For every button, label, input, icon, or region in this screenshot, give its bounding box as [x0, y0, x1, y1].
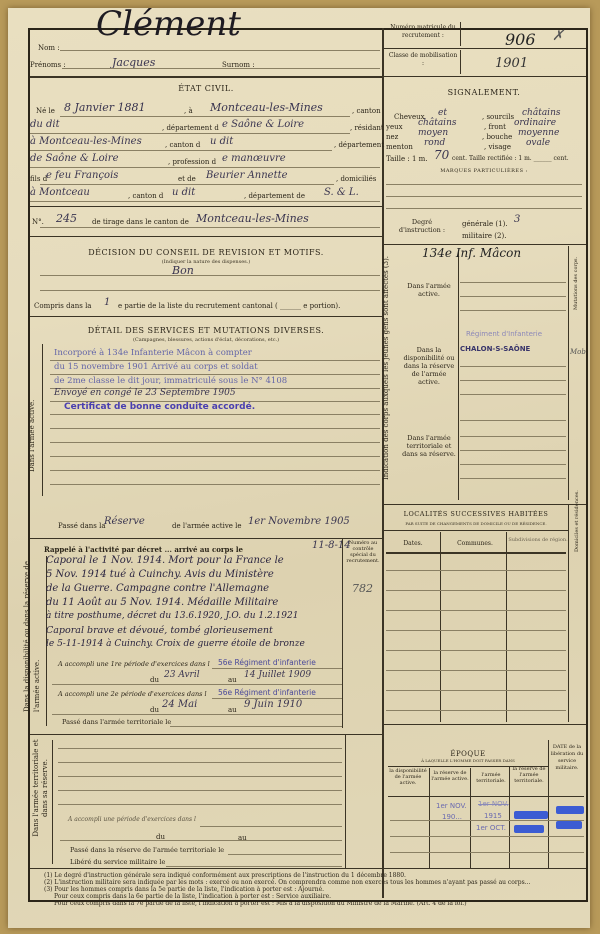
corps-active-rule-1	[460, 282, 566, 283]
mere-label: et de	[178, 175, 196, 183]
yeux-value: châtains	[418, 118, 456, 128]
periode2-stamp: 56e Régiment d'infanterie	[218, 688, 316, 697]
decision-title: DÉCISION DU CONSEIL DE REVISION ET MOTIF…	[30, 248, 382, 257]
corps-reserve-label: Dans la disponibilité ou dans la réserve…	[400, 346, 458, 386]
localites-side-label: Domiciles et résidences.	[574, 490, 580, 552]
rappel-side-label: Dans la disponibilité ou dans la réserve…	[22, 552, 42, 712]
fils-line	[40, 184, 334, 185]
reserve-active-value-1: 1er NOV.	[436, 802, 467, 810]
territoriale-side-label: Dans l'armée territoriale et dans sa rés…	[32, 738, 50, 838]
departement2-label: , département	[334, 141, 384, 149]
tirage-prefix: N°.	[32, 218, 44, 226]
localites-col-subdivisions: Subdivisions de région.	[508, 536, 568, 544]
localites-rule-4	[386, 630, 566, 631]
epoque-col-territoriale: l'armée territoriale.	[472, 772, 510, 784]
reserve-stamp-1: Régiment d'Infanterie	[466, 330, 542, 338]
periode2-au: 9 Juin 1910	[244, 699, 302, 710]
services-rule-8	[50, 456, 380, 457]
fils-label: fils d	[30, 175, 47, 183]
visage-value: ovale	[526, 138, 550, 148]
footnote-2: (2) L'instruction militaire sera indiqué…	[44, 879, 530, 886]
periode1-du-label: du	[150, 676, 159, 684]
decision-subtitle: (Indiquer la nature des dispenses.)	[30, 259, 382, 265]
redaction-mark-4	[556, 821, 582, 829]
yeux-label: yeux	[386, 123, 403, 131]
nom-value: Clément	[96, 4, 241, 44]
localites-rule-1	[386, 570, 566, 571]
rappel-line-5: à titre posthume, décret du 13.6.1920, J…	[46, 611, 298, 621]
periode1-au: 14 Juillet 1909	[244, 670, 311, 680]
instruction-label: Degré d'instruction :	[392, 218, 452, 234]
profession-label: , profession d	[168, 158, 216, 166]
territoriale-passe-line	[170, 726, 342, 727]
classe-divider	[460, 50, 461, 74]
localites-subtitle: PAR SUITE DE CHANGEMENTS DE DOMICILE OU …	[384, 521, 568, 526]
rappel-header: Rappelé à l'activité par décret ... arri…	[44, 545, 243, 554]
localites-col-communes: Communes.	[442, 540, 508, 548]
periode2-rule	[52, 714, 342, 715]
footnote-1: (1) Le degré d'instruction générale sera…	[44, 872, 406, 879]
periode1-rule	[52, 684, 342, 685]
corps-active-label: Dans l'armée active.	[400, 282, 458, 298]
rappel-right-divider	[342, 568, 343, 728]
epoque-col-header-rule	[388, 796, 584, 797]
canton3-label: , canton d	[128, 192, 163, 200]
classe-value: 1901	[495, 56, 528, 71]
generale-label: générale (1).	[462, 220, 508, 228]
periode2-du: 24 Mai	[162, 699, 197, 710]
passe-mid: de l'armée active le	[172, 522, 242, 530]
libere-line	[166, 866, 342, 867]
nez-label: nez	[386, 133, 398, 141]
canton-line	[30, 133, 350, 134]
nom-label: Nom :	[38, 44, 60, 52]
services-line-3: de 2me classe le dit jour, immatriculé s…	[54, 376, 287, 386]
numero-value: 782	[352, 582, 373, 595]
domicile-line	[30, 201, 380, 202]
profession-value: e manœuvre	[222, 153, 286, 164]
epoque-col-divider-2	[470, 768, 471, 868]
localites-rule-8	[386, 710, 566, 711]
territoriale-value-3: 1er OCT.	[476, 824, 506, 832]
periode1-au-label: au	[228, 676, 237, 684]
redaction-mark-3	[556, 806, 584, 814]
localites-rule-6	[386, 670, 566, 671]
territoriale-passe-label: Passé dans l'armée territoriale le	[62, 718, 171, 726]
domicile-value: à Montceau	[30, 187, 90, 198]
passe-label: Passé dans la	[58, 522, 106, 530]
militaire-label: militaire (2).	[462, 232, 506, 240]
services-rule-7	[50, 442, 380, 443]
visage-label: , visage	[484, 143, 511, 151]
departement-value: e Saône & Loire	[222, 119, 304, 130]
localites-right-divider	[568, 504, 569, 722]
epoque-col-reserve-territoriale: la réserve de l'armée territoriale.	[510, 766, 548, 784]
corps-reserve-rule-1	[460, 366, 566, 367]
compris-suffix: e partie de la liste du recrutement cant…	[118, 302, 340, 310]
localites-rule-2	[386, 590, 566, 591]
numero-label: Numéro au contrôle spécial du recrutemen…	[344, 540, 382, 564]
services-rule-6	[50, 428, 380, 429]
services-rule-9	[50, 470, 380, 471]
corps-territoriale-label: Dans l'armée territoriale et dans sa rés…	[400, 434, 458, 458]
periode1-stamp: 56e Régiment d'infanterie	[218, 658, 316, 667]
rappel-line-4: du 11 Août au 5 Nov. 1914. Médaille Mili…	[46, 597, 278, 608]
side-label-active: Dans l'armée active.	[28, 400, 36, 472]
canton-label: , canton	[352, 107, 381, 115]
services-line-2: du 15 novembre 1901 Arrivé au corps et s…	[54, 362, 258, 372]
front-label: , front	[484, 123, 506, 131]
localites-header-rule	[384, 530, 568, 531]
departement3-label: , département de	[244, 192, 305, 200]
signalement-divider	[384, 244, 586, 245]
redaction-mark-2	[514, 825, 544, 833]
tirage-value: 245	[56, 212, 77, 225]
epoque-title: ÉPOQUE	[388, 750, 548, 758]
services-rule-2	[50, 374, 380, 375]
canton-value: du dit	[30, 119, 60, 130]
corps-side-label: Indication des corps auxquels les jeunes…	[382, 256, 390, 480]
localites-rule-5	[386, 650, 566, 651]
corps-terr-rule-2	[460, 436, 566, 437]
residant-line	[30, 150, 332, 151]
localites-title: LOCALITÉS SUCCESSIVES HABITÉES	[384, 510, 568, 518]
margin-mark: Mob	[570, 348, 586, 356]
periode1-label: A accompli une 1re période d'exercices d…	[58, 660, 210, 668]
services-side-bracket	[42, 344, 43, 496]
father-value: e feu François	[46, 170, 118, 181]
matricule-divider	[460, 22, 461, 46]
passe-date: 1er Novembre 1905	[248, 516, 350, 527]
territoriale-value-1: 1er NOV.	[478, 800, 509, 808]
epoque-col-disponibilite: la disponibilité de l'armée active.	[388, 768, 428, 786]
departement2-value: de Saône & Loire	[30, 153, 119, 164]
front-value: ordinaire	[514, 118, 556, 128]
generale-value: 3	[514, 214, 520, 225]
ne-le-value: 8 Janvier 1881	[64, 101, 146, 114]
sourcils-value: châtains	[522, 108, 560, 118]
territoriale-rule-3	[58, 776, 342, 777]
services-rule-1	[50, 360, 380, 361]
territoriale-rule-4	[58, 790, 342, 791]
localites-col-header-rule	[386, 552, 566, 554]
compris-value: 1	[104, 297, 110, 308]
mutations-label: Mutations des corps.	[573, 257, 579, 310]
canton2-value: u dit	[210, 136, 233, 147]
corps-active-rule-3	[460, 310, 566, 311]
epoque-rule-3	[390, 852, 584, 853]
canton3-value: u dit	[172, 187, 195, 198]
sourcils-label: , sourcils	[482, 113, 514, 121]
territoriale-periode-label: A accompli une période d'exercices dans …	[68, 816, 196, 823]
tirage-label: de tirage dans le canton de	[92, 218, 189, 226]
tirage-canton: Montceau-les-Mines	[196, 212, 309, 225]
services-rule-5	[50, 414, 380, 415]
periode1-line	[212, 668, 342, 669]
epoque-rule-2	[390, 836, 584, 837]
footnote-3: (3) Pour les hommes compris dans la 5e p…	[44, 886, 324, 893]
epoque-date-divider	[548, 740, 549, 868]
matricule-divider-h	[384, 48, 586, 49]
epoque-col-divider-1	[429, 768, 430, 868]
etat-civil-divider	[30, 206, 382, 207]
certificat-stamp: Certificat de bonne conduite accordé.	[64, 402, 255, 412]
matricule-value: 906	[505, 30, 536, 49]
footnote-divider	[30, 868, 586, 869]
passe-value: Réserve	[104, 516, 145, 527]
corps-terr-rule-1	[460, 420, 566, 421]
periode2-au-label: au	[228, 706, 237, 714]
classe-divider-h	[384, 76, 586, 77]
ne-le-line	[60, 116, 350, 117]
residant-value: à Montceau-les-Mines	[30, 136, 142, 147]
menton-label: menton	[386, 143, 413, 151]
localites-col-divider-2	[506, 532, 507, 722]
corps-bracket	[458, 250, 459, 500]
rappel-line-6: Caporal brave et dévoué, tombé glorieuse…	[46, 625, 273, 636]
mother-value: Beurier Annette	[206, 170, 288, 181]
corps-reserve-rule-2	[460, 380, 566, 381]
footnote-4: Pour ceux compris dans la 6e partie de l…	[54, 893, 331, 900]
a-label: , à	[184, 107, 193, 115]
residant-label: , résidant	[350, 124, 384, 132]
tirage-line	[40, 227, 380, 228]
services-subtitle: (Campagnes, blessures, actions d'éclat, …	[30, 337, 382, 343]
corps-terr-rule-5	[460, 478, 566, 479]
departement3-value: S. & L.	[324, 187, 359, 198]
nom-line	[60, 50, 380, 51]
tirage-divider	[30, 236, 382, 237]
services-line-4: Envoyé en congé le 23 Septembre 1905	[54, 388, 236, 398]
bouche-label: , bouche	[482, 133, 512, 141]
localites-rule-3	[386, 610, 566, 611]
compris-label: Compris dans la	[34, 302, 91, 310]
territoriale-right-divider	[345, 734, 346, 868]
rappel-line-3: de la Guerre. Campagne contre l'Allemagn…	[46, 583, 269, 594]
localites-col-dates: Dates.	[384, 540, 442, 548]
corps-reserve-rule-3	[460, 394, 566, 395]
territoriale-rule-2	[58, 762, 342, 763]
numero-divider	[342, 538, 343, 568]
taille-label: Taille : 1 m.	[386, 155, 428, 163]
libere-label: Libéré du service militaire le	[70, 858, 165, 866]
epoque-subtitle: À LAQUELLE L'HOMME DOIT PASSER DANS	[388, 758, 548, 763]
matricule-check-mark: ✗	[552, 28, 564, 44]
territoriale-rule-5	[58, 804, 342, 805]
rappel-divider	[30, 734, 382, 735]
corps-active-value: 134e Inf. Mâcon	[422, 246, 521, 260]
epoque-col-reserve-active: la réserve de l'armée active.	[430, 770, 470, 782]
canton2-label: , canton d	[165, 141, 200, 149]
territoriale-du-au-line	[60, 840, 342, 841]
epoque-date-label: DATE de la libération du service militai…	[550, 744, 584, 772]
header-divider	[30, 76, 382, 78]
localites-divider	[384, 724, 586, 725]
corps-active-rule-2	[460, 296, 566, 297]
prenoms-line	[62, 68, 380, 69]
services-title: DÉTAIL DES SERVICES ET MUTATIONS DIVERSE…	[30, 326, 382, 335]
territoriale-side-bracket	[52, 740, 53, 864]
bouche-value: moyenne	[518, 128, 559, 138]
localites-rule-7	[386, 690, 566, 691]
corps-divider	[384, 504, 586, 505]
menton-value: rond	[424, 138, 445, 148]
reserve-stamp-2: CHALON-S-SAÔNE	[460, 345, 530, 353]
matricule-label: Numéro matricule du recrutement :	[388, 24, 458, 40]
periode2-label: A accompli une 2e période d'exercices da…	[58, 690, 207, 698]
etat-civil-title: ÉTAT CIVIL.	[30, 84, 382, 93]
birthplace-value: Montceau-les-Mines	[210, 101, 323, 114]
services-line-1: Incorporé à 134e Infanterie Mâcon à comp…	[54, 348, 252, 358]
passe-reserve-line	[228, 854, 342, 855]
ne-le-label: Né le	[36, 107, 55, 115]
territoriale-value-2: 1915	[484, 812, 502, 820]
marques-rule-2	[386, 196, 582, 197]
departement-label: , département d	[162, 124, 219, 132]
domicilies-label: , domiciliés	[336, 175, 376, 183]
taille-value: 70	[434, 148, 449, 162]
corps-terr-rule-4	[460, 464, 566, 465]
redaction-mark-1	[514, 811, 548, 819]
periode1-du: 23 Avril	[164, 670, 200, 680]
periode2-du-label: du	[150, 706, 159, 714]
footnote-5: Pour ceux compris dans la 7e partie de l…	[54, 900, 467, 907]
marques-label: MARQUES PARTICULIÈRES :	[384, 168, 584, 174]
marques-rule-1	[386, 184, 582, 185]
territoriale-rule-1	[58, 748, 342, 749]
decision-divider	[30, 316, 382, 317]
signalement-title: SIGNALEMENT.	[384, 88, 584, 97]
corps-right-divider	[568, 246, 569, 500]
cheveux-value: et	[438, 108, 447, 118]
localites-col-divider-1	[440, 532, 441, 722]
nez-value: moyen	[418, 128, 448, 138]
classe-label: Classe de mobilisation :	[388, 52, 458, 68]
corps-terr-rule-3	[460, 450, 566, 451]
rappel-line-2: 5 Nov. 1914 tué à Cuinchy. Avis du Minis…	[46, 569, 274, 580]
rappel-line-7: le 5-11-1914 à Cuinchy. Croix de guerre …	[46, 639, 305, 649]
territoriale-periode-line	[200, 826, 342, 827]
services-divider	[30, 538, 382, 539]
rappel-line-1: Caporal le 1 Nov. 1914. Mort pour la Fra…	[46, 555, 284, 566]
profession-line	[30, 167, 380, 168]
decision-line-2	[40, 290, 380, 291]
decision-line	[40, 275, 380, 276]
services-rule-10	[50, 484, 380, 485]
epoque-rule-1	[390, 820, 584, 821]
taille-suffix: cent. Taille rectifiée : 1 m. ______ cen…	[452, 155, 569, 162]
prenoms-label: Prénoms :	[30, 61, 66, 69]
passe-reserve-label: Passé dans la réserve de l'armée territo…	[70, 846, 224, 854]
marques-rule-3	[386, 208, 582, 209]
